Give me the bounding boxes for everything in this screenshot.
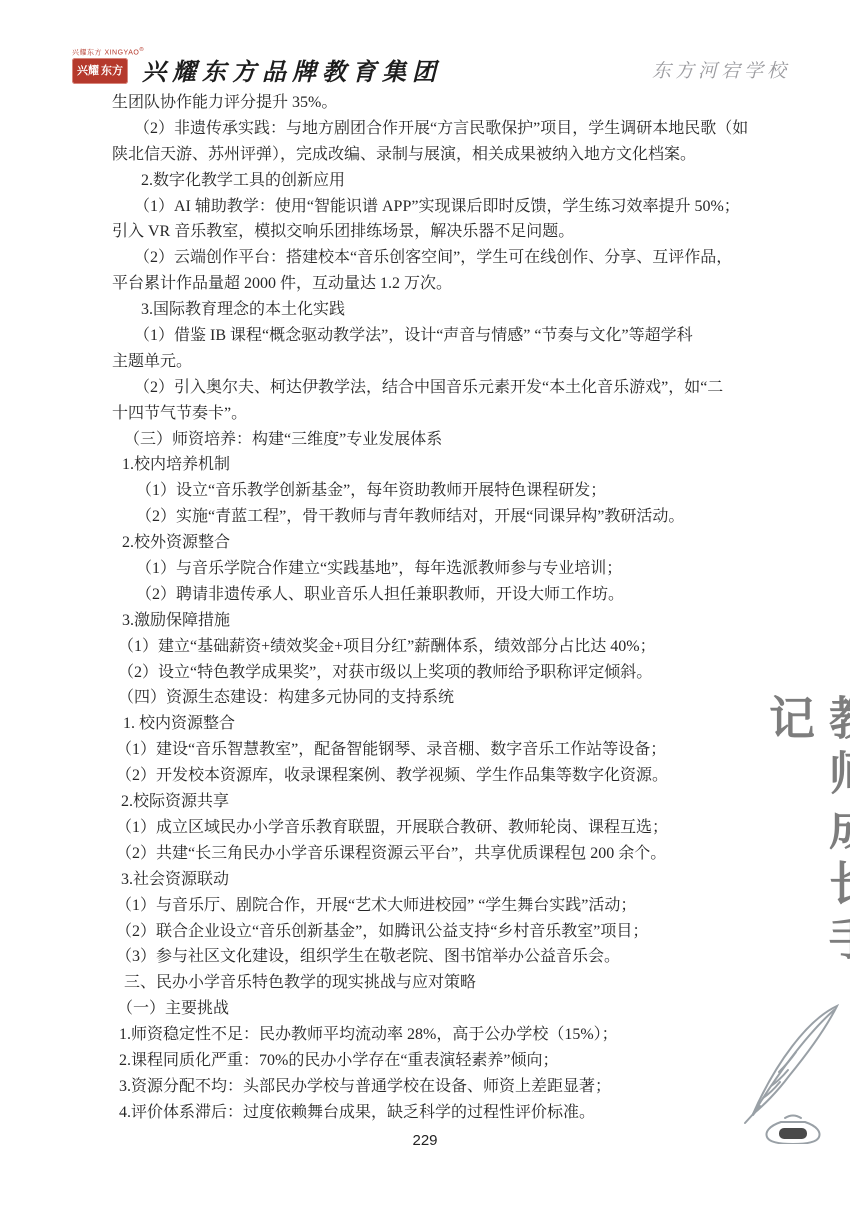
body-text-line: （1）设立“音乐教学创新基金”，每年资助教师开展特色课程研发； xyxy=(112,478,772,504)
logo-caption: 兴耀东方 XINGYAO® xyxy=(72,46,134,57)
body-text-line: 2.课程同质化严重：70%的民办小学存在“重表演轻素养”倾向； xyxy=(112,1048,772,1074)
body-text-line: 3.国际教育理念的本土化实践 xyxy=(112,297,772,323)
vertical-watermark-text: 教师成长手记 xyxy=(758,694,850,1004)
brand-seal-logo: 兴耀东方 XINGYAO® 兴耀 东方 xyxy=(72,46,134,88)
page-header: 兴耀东方 XINGYAO® 兴耀 东方 兴耀东方品牌教育集团 东方河宕学校 xyxy=(72,44,790,94)
document-body: 生团队协作能力评分提升 35%。（2）非遗传承实践：与地方剧团合作开展“方言民歌… xyxy=(112,90,772,1126)
body-text-line: （3）参与社区文化建设，组织学生在敬老院、图书馆举办公益音乐会。 xyxy=(112,944,772,970)
body-text-line: （1）与音乐厅、剧院合作，开展“艺术大师进校园” “学生舞台实践”活动； xyxy=(112,893,772,919)
quill-and-inkwell-icon xyxy=(733,1002,848,1144)
body-text-line: （2）聘请非遗传承人、职业音乐人担任兼职教师，开设大师工作坊。 xyxy=(112,582,772,608)
body-text-line: （2）实施“青蓝工程”，骨干教师与青年教师结对，开展“同课异构”教研活动。 xyxy=(112,504,772,530)
body-text-line: 1.师资稳定性不足：民办教师平均流动率 28%，高于公办学校（15%）； xyxy=(112,1022,772,1048)
body-text-line: 1.校内培养机制 xyxy=(112,452,772,478)
body-text-line: 3.资源分配不均：头部民办学校与普通学校在设备、师资上差距显著； xyxy=(112,1074,772,1100)
seal-stamp-text-left: 兴耀 xyxy=(77,66,99,77)
body-text-line: 1. 校内资源整合 xyxy=(112,711,772,737)
body-text-line: （2）非遗传承实践：与地方剧团合作开展“方言民歌保护”项目，学生调研本地民歌（如 xyxy=(112,116,772,142)
document-page: 兴耀东方 XINGYAO® 兴耀 东方 兴耀东方品牌教育集团 东方河宕学校 生团… xyxy=(0,0,850,1205)
body-text-line: （2）联合企业设立“音乐创新基金”，如腾讯公益支持“乡村音乐教室”项目； xyxy=(112,919,772,945)
body-text-line: 主题单元。 xyxy=(112,349,772,375)
body-text-line: 引入 VR 音乐教室，模拟交响乐团排练场景，解决乐器不足问题。 xyxy=(112,219,772,245)
body-text-line: （1）与音乐学院合作建立“实践基地”，每年选派教师参与专业培训； xyxy=(112,556,772,582)
page-footer: 229 xyxy=(0,1132,850,1150)
body-text-line: （1）AI 辅助教学：使用“智能识谱 APP”实现课后即时反馈，学生练习效率提升… xyxy=(112,194,772,220)
body-text-line: （2）开发校本资源库，收录课程案例、教学视频、学生作品集等数字化资源。 xyxy=(112,763,772,789)
body-text-line: （1）建立“基础薪资+绩效奖金+项目分红”薪酬体系，绩效部分占比达 40%； xyxy=(112,634,772,660)
body-text-line: 3.激励保障措施 xyxy=(112,608,772,634)
body-text-line: 4.评价体系滞后：过度依赖舞台成果，缺乏科学的过程性评价标准。 xyxy=(112,1100,772,1126)
body-text-line: 2.数字化教学工具的创新应用 xyxy=(112,168,772,194)
body-text-line: （一）主要挑战 xyxy=(112,996,772,1022)
body-text-line: （2）设立“特色教学成果奖”，对获市级以上奖项的教师给予职称评定倾斜。 xyxy=(112,660,772,686)
body-text-line: （2）引入奥尔夫、柯达伊教学法，结合中国音乐元素开发“本土化音乐游戏”，如“二 xyxy=(112,375,772,401)
brand-title: 兴耀东方品牌教育集团 xyxy=(142,52,442,87)
body-text-line: （1）借鉴 IB 课程“概念驱动教学法”，设计“声音与情感” “节奏与文化”等超… xyxy=(112,323,772,349)
body-text-line: （三）师资培养：构建“三维度”专业发展体系 xyxy=(112,427,772,453)
seal-stamp-icon: 兴耀 东方 xyxy=(72,58,128,84)
body-text-line: （1）建设“音乐智慧教室”，配备智能钢琴、录音棚、数字音乐工作站等设备； xyxy=(112,737,772,763)
page-number: 229 xyxy=(412,1132,437,1149)
school-name: 东方河宕学校 xyxy=(652,56,790,83)
body-text-line: 2.校际资源共享 xyxy=(112,789,772,815)
body-text-line: （2）共建“长三角民办小学音乐课程资源云平台”，共享优质课程包 200 余个。 xyxy=(112,841,772,867)
body-text-line: 三、民办小学音乐特色教学的现实挑战与应对策略 xyxy=(112,970,772,996)
body-text-line: 平台累计作品量超 2000 件，互动量达 1.2 万次。 xyxy=(112,271,772,297)
body-text-line: 生团队协作能力评分提升 35%。 xyxy=(112,90,772,116)
seal-stamp-text-right: 东方 xyxy=(101,66,123,77)
body-text-line: （1）成立区域民办小学音乐教育联盟，开展联合教研、教师轮岗、课程互选； xyxy=(112,815,772,841)
body-text-line: （四）资源生态建设：构建多元协同的支持系统 xyxy=(112,685,772,711)
body-text-line: （2）云端创作平台：搭建校本“音乐创客空间”，学生可在线创作、分享、互评作品， xyxy=(112,245,772,271)
body-text-line: 2.校外资源整合 xyxy=(112,530,772,556)
body-text-line: 3.社会资源联动 xyxy=(112,867,772,893)
body-text-line: 陕北信天游、苏州评弹），完成改编、录制与展演，相关成果被纳入地方文化档案。 xyxy=(112,142,772,168)
body-text-line: 十四节气节奏卡”。 xyxy=(112,401,772,427)
